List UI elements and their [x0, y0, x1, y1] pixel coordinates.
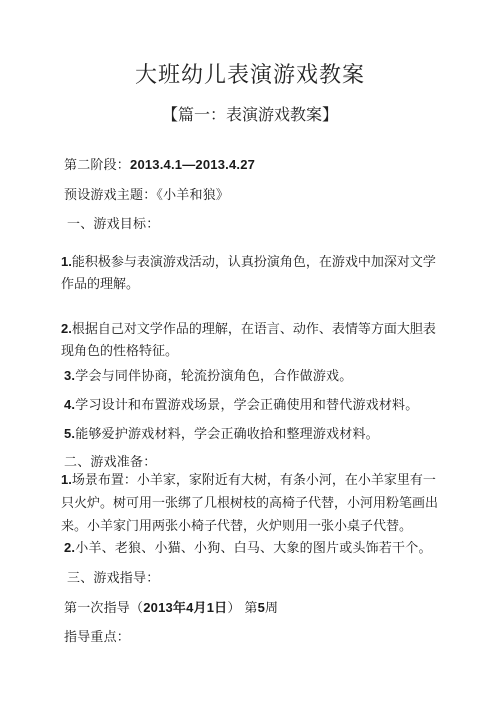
goal-item-text: 学会与同伴协商，轮流扮演角色，合作做游戏。: [75, 368, 352, 383]
prep-item-number: 2.: [64, 540, 75, 555]
goal-item-number: 5.: [64, 426, 75, 441]
prep-item-text: 小羊、老狼、小猫、小狗、白马、大象的图片或头饰若干个。: [75, 540, 431, 555]
stage-line: 第二阶段：2013.4.1—2013.4.27: [64, 154, 255, 173]
goal-item-text: 能够爱护游戏材料，学会正确收拾和整理游戏材料。: [75, 426, 379, 441]
prep-item-number: 1.: [61, 472, 72, 487]
guidance-week-number: 5: [258, 600, 265, 615]
prep-item-1: 1.场景布置：小羊家，家附近有大树，有条小河，在小羊家里有一只火炉。树可用一张绑…: [61, 468, 441, 537]
goal-item-number: 4.: [64, 397, 75, 412]
goal-item-number: 1.: [61, 254, 72, 269]
guidance-prefix: 第一次指导（: [64, 600, 143, 615]
goal-item-number: 3.: [64, 368, 75, 383]
guidance-suffix: ） 第: [227, 600, 257, 615]
prep-item-2: 2.小羊、老狼、小猫、小狗、白马、大象的图片或头饰若干个。: [64, 537, 432, 556]
guidance-week-unit: 周: [265, 600, 278, 615]
goal-item-3: 3.学会与同伴协商，轮流扮演角色，合作做游戏。: [64, 365, 352, 384]
stage-dates: 2013.4.1—2013.4.27: [130, 157, 255, 172]
guidance-focus: 指导重点：: [64, 626, 130, 645]
guidance-line: 第一次指导（2013年4月1日） 第5周: [64, 597, 278, 616]
stage-label: 第二阶段：: [64, 157, 130, 172]
goal-item-text: 学习设计和布置游戏场景，学会正确使用和替代游戏材料。: [75, 397, 418, 412]
goal-item-number: 2.: [61, 321, 72, 336]
section1-heading: 一、游戏目标：: [67, 213, 159, 232]
goal-item-2: 2.根据自己对文学作品的理解，在语言、动作、表情等方面大胆表现角色的性格特征。: [61, 318, 441, 362]
theme-line: 预设游戏主题：《小羊和狼》: [64, 184, 229, 203]
goal-item-text: 能积极参与表演游戏活动，认真扮演角色，在游戏中加深对文学作品的理解。: [61, 254, 436, 291]
section3-heading: 三、游戏指导：: [67, 567, 159, 586]
goal-item-5: 5.能够爱护游戏材料，学会正确收拾和整理游戏材料。: [64, 423, 379, 442]
document-subtitle: 【篇一：表演游戏教案】: [0, 102, 500, 125]
guidance-date: 2013年4月1日: [143, 600, 227, 615]
goal-item-1: 1.能积极参与表演游戏活动，认真扮演角色，在游戏中加深对文学作品的理解。: [61, 251, 441, 295]
goal-item-4: 4.学习设计和布置游戏场景，学会正确使用和替代游戏材料。: [64, 394, 418, 413]
document-title: 大班幼儿表演游戏教案: [0, 58, 500, 89]
prep-item-text: 场景布置：小羊家，家附近有大树，有条小河，在小羊家里有一只火炉。树可用一张绑了几…: [61, 472, 438, 533]
goal-item-text: 根据自己对文学作品的理解，在语言、动作、表情等方面大胆表现角色的性格特征。: [61, 321, 436, 358]
